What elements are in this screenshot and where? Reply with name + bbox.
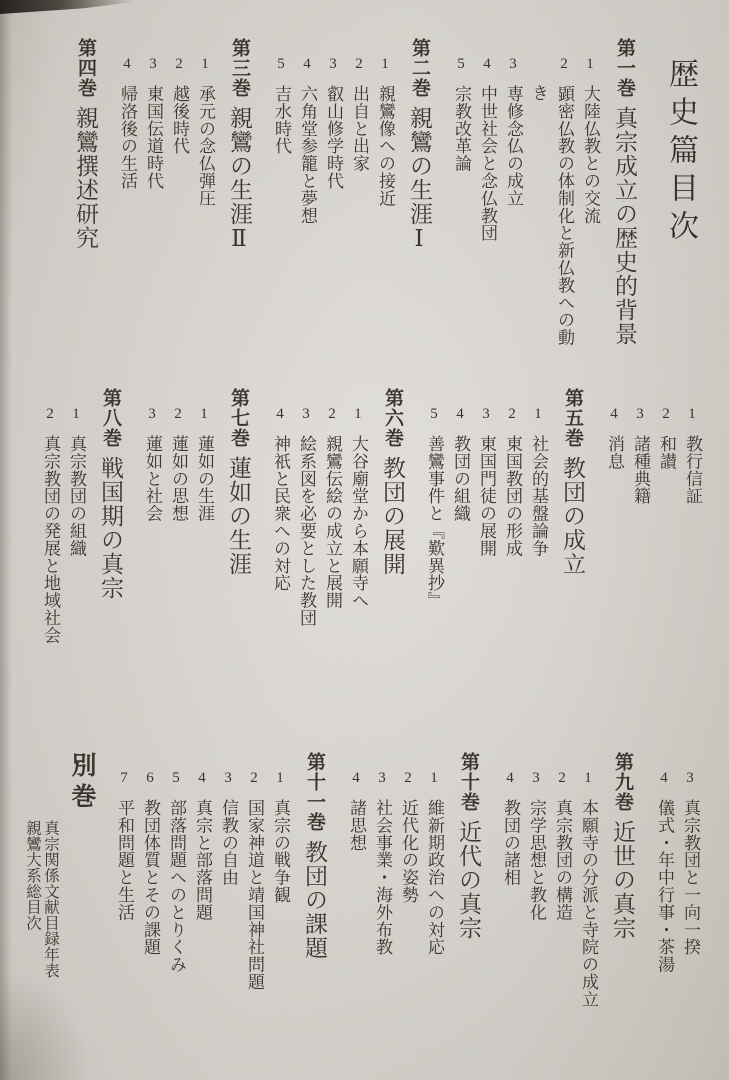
toc-item: 2顕密仏教の体制化と新仏教への動き [526, 56, 577, 353]
page-edge-shadow-top-left [0, 0, 150, 14]
volume-title: 近代の真宗 [456, 820, 481, 940]
toc-band-2: 1教行信証 2和讃 3諸種典籍 4消息 第五巻教団の成立 1社会的基盤論争 2東… [37, 388, 705, 740]
item-number: 2 [351, 56, 367, 72]
item-text: 教団の諸相 [501, 799, 520, 886]
volume-heading: 第四巻親鸞撰述研究 [68, 38, 102, 353]
item-text: 善鸞事件と『歎異抄』 [425, 435, 444, 609]
toc-item: 1本願寺の分派と寺院の成立 [575, 770, 601, 1078]
volume-label: 第五巻 [562, 388, 583, 448]
toc-item: 3叡山修学時代 [320, 56, 346, 353]
toc-band-3: 3真宗教団と一向一揆 4儀式・年中行事・茶湯 第九巻近世の真宗 1本願寺の分派と… [23, 752, 703, 1078]
item-number: 3 [478, 406, 494, 422]
item-number: 2 [554, 770, 570, 786]
item-text: 近代化の姿勢 [399, 799, 418, 903]
item-number: 3 [298, 406, 314, 422]
toc-item: 親鸞大系総目次 [23, 820, 41, 1078]
item-number: 5 [426, 406, 442, 422]
item-number: 2 [504, 406, 520, 422]
toc-item: 4儀式・年中行事・茶湯 [651, 770, 677, 1078]
toc-band-1: 歴史篇目次 第一巻真宗成立の歴史的背景 1大陸仏教との交流 2顕密仏教の体制化と… [64, 38, 701, 353]
toc-item: 2真宗教団の構造 [549, 770, 575, 1078]
toc-item: 1維新期政治への対応 [421, 770, 447, 1078]
volume-heading: 第六巻教団の展開 [375, 388, 409, 740]
toc-item: 2国家神道と靖国神社問題 [241, 770, 267, 1078]
item-text: 大陸仏教との交流 [581, 85, 600, 224]
volume-title: 真宗成立の歴史的背景 [612, 106, 637, 346]
item-number: 3 [144, 406, 160, 422]
toc-item: 1大陸仏教との交流 [577, 56, 603, 353]
item-text: 真宗の戦争観 [271, 799, 290, 903]
toc-item: 3東国伝道時代 [140, 56, 166, 353]
item-text: 叡山修学時代 [324, 85, 343, 189]
item-text: 東国門徒の展開 [477, 435, 496, 557]
toc-item: 3宗学思想と教化 [523, 770, 549, 1078]
toc-item: 1教行信証 [679, 406, 705, 740]
item-number: 7 [116, 770, 132, 786]
volume-label: 第七巻 [228, 388, 249, 448]
item-text: 真宗教団の組織 [67, 435, 86, 557]
item-text: 六角堂参籠と夢想 [298, 85, 317, 224]
item-text: 諸思想 [347, 799, 366, 851]
toc-item: 4諸思想 [343, 770, 369, 1078]
item-text: 蓮如の生涯 [195, 435, 214, 522]
item-number: 2 [400, 770, 416, 786]
toc-item: 2親鸞伝絵の成立と展開 [319, 406, 345, 740]
item-number: 1 [196, 406, 212, 422]
item-text: 部落問題へのとりくみ [167, 799, 186, 973]
item-text: 教団の組織 [451, 435, 470, 522]
item-text: 和讃 [657, 435, 676, 470]
toc-item: 1蓮如の生涯 [191, 406, 217, 740]
toc-item: 4教団の諸相 [497, 770, 523, 1078]
item-number: 3 [528, 770, 544, 786]
volume-label: 別巻 [68, 752, 95, 814]
item-number: 3 [374, 770, 390, 786]
volume-title: 教団の課題 [302, 840, 327, 960]
toc-item: 3諸種典籍 [627, 406, 653, 740]
item-number: 1 [350, 406, 366, 422]
item-number: 1 [684, 406, 700, 422]
toc-item: 4六角堂参籠と夢想 [294, 56, 320, 353]
item-text: 真宗関係文献目録年表 [42, 820, 59, 978]
toc-item: 3信教の自由 [215, 770, 241, 1078]
volume-label: 第一巻 [614, 38, 635, 98]
item-number: 4 [452, 406, 468, 422]
volume-heading: 別巻 [63, 752, 99, 1078]
item-number: 2 [246, 770, 262, 786]
item-number: 5 [168, 770, 184, 786]
item-number: 1 [197, 56, 213, 72]
toc-item: 真宗関係文献目録年表 [41, 820, 59, 1078]
page-edge-shadow-left [0, 0, 12, 1080]
volume-title: 教団の成立 [560, 456, 585, 576]
volume-title: 教団の展開 [380, 456, 405, 576]
toc-item: 4教団の組織 [447, 406, 473, 740]
volume-label: 第十一巻 [304, 752, 325, 832]
volume-label: 第三巻 [229, 38, 250, 98]
item-number: 4 [606, 406, 622, 422]
item-text: 出自と出家 [350, 85, 369, 172]
item-number: 4 [656, 770, 672, 786]
item-text: 国家神道と靖国神社問題 [245, 799, 264, 990]
item-number: 5 [453, 56, 469, 72]
item-number: 4 [272, 406, 288, 422]
item-number: 2 [171, 56, 187, 72]
volume-heading: 第七巻蓮如の生涯 [221, 388, 255, 740]
toc-item: 5部落問題へのとりくみ [163, 770, 189, 1078]
toc-item: 3絵系図を必要とした教団 [293, 406, 319, 740]
toc-item: 3真宗教団と一向一揆 [677, 770, 703, 1078]
item-text: 東国伝道時代 [144, 85, 163, 189]
toc-item: 2越後時代 [166, 56, 192, 353]
item-number: 1 [377, 56, 393, 72]
toc-item: 3蓮如と社会 [139, 406, 165, 740]
toc-item: 2和讃 [653, 406, 679, 740]
item-text: 教団体質とその課題 [141, 799, 160, 956]
item-text: 中世社会と念仏教団 [478, 85, 497, 242]
volume-heading: 第一巻真宗成立の歴史的背景 [607, 38, 641, 353]
item-text: 社会的基盤論争 [529, 435, 548, 557]
item-number: 3 [220, 770, 236, 786]
volume-heading: 第八巻戦国期の真宗 [93, 388, 127, 740]
toc-item: 1真宗教団の組織 [63, 406, 89, 740]
item-number: 1 [426, 770, 442, 786]
volume-heading: 第二巻親鸞の生涯Ⅰ [402, 38, 436, 353]
toc-item: 1親鸞像への接近 [372, 56, 398, 353]
item-text: 消息 [605, 435, 624, 470]
item-number: 3 [682, 770, 698, 786]
toc-item: 2東国教団の形成 [499, 406, 525, 740]
item-text: 親鸞像への接近 [376, 85, 395, 207]
item-text: 帰洛後の生活 [118, 85, 137, 189]
volume-title: 近世の真宗 [610, 820, 635, 940]
item-text: 教行信証 [683, 435, 702, 505]
item-number: 4 [194, 770, 210, 786]
item-text: 顕密仏教の体制化と新仏教への動き [529, 84, 574, 346]
toc-item: 1社会的基盤論争 [525, 406, 551, 740]
item-text: 真宗教団の構造 [553, 799, 572, 921]
toc-item: 2出自と出家 [346, 56, 372, 353]
volume-heading: 第十巻近代の真宗 [451, 752, 485, 1078]
page-title: 歴史篇目次 [659, 38, 701, 353]
volume-title: 親鸞の生涯Ⅱ [227, 106, 252, 253]
item-text: 宗学思想と教化 [527, 799, 546, 921]
item-text: 平和問題と生活 [115, 799, 134, 921]
volume-label: 第四巻 [75, 38, 96, 98]
item-text: 吉水時代 [272, 85, 291, 155]
volume-label: 第八巻 [100, 388, 121, 448]
item-number: 1 [530, 406, 546, 422]
toc-item: 6教団体質とその課題 [137, 770, 163, 1078]
item-text: 真宗教団と一向一揆 [681, 799, 700, 956]
item-number: 5 [273, 56, 289, 72]
item-number: 2 [556, 56, 572, 72]
item-number: 3 [632, 406, 648, 422]
item-number: 1 [582, 56, 598, 72]
item-text: 親鸞伝絵の成立と展開 [323, 435, 342, 609]
toc-item: 1真宗の戦争観 [267, 770, 293, 1078]
toc-item: 1承元の念仏弾圧 [192, 56, 218, 353]
toc-item: 4真宗と部落問題 [189, 770, 215, 1078]
item-text: 越後時代 [170, 85, 189, 155]
item-text: 儀式・年中行事・茶湯 [655, 799, 674, 973]
item-number: 1 [68, 406, 84, 422]
item-number: 2 [42, 406, 58, 422]
volume-label: 第九巻 [612, 752, 633, 812]
toc-item: 5善鸞事件と『歎異抄』 [421, 406, 447, 740]
volume-label: 第十巻 [458, 752, 479, 812]
item-text: 真宗教団の発展と地域社会 [41, 435, 60, 644]
toc-item: 4消息 [601, 406, 627, 740]
item-number: 4 [119, 56, 135, 72]
item-text: 社会事業・海外布教 [373, 799, 392, 956]
volume-heading: 第三巻親鸞の生涯Ⅱ [222, 38, 256, 353]
volume-heading: 第五巻教団の成立 [555, 388, 589, 740]
item-number: 3 [505, 56, 521, 72]
item-text: 絵系図を必要とした教団 [297, 435, 316, 626]
item-text: 維新期政治への対応 [425, 799, 444, 956]
toc-item: 3東国門徒の展開 [473, 406, 499, 740]
item-text: 信教の自由 [219, 799, 238, 886]
toc-item: 5宗教改革論 [448, 56, 474, 353]
item-text: 専修念仏の成立 [504, 85, 523, 207]
item-number: 4 [502, 770, 518, 786]
item-text: 諸種典籍 [631, 435, 650, 505]
scanned-page: 歴史篇目次 第一巻真宗成立の歴史的背景 1大陸仏教との交流 2顕密仏教の体制化と… [0, 0, 729, 1080]
volume-title: 親鸞の生涯Ⅰ [407, 106, 432, 253]
toc-item: 7平和問題と生活 [111, 770, 137, 1078]
item-number: 6 [142, 770, 158, 786]
toc-item: 4帰洛後の生活 [114, 56, 140, 353]
item-text: 蓮如と社会 [143, 435, 162, 522]
volume-label: 第二巻 [409, 38, 430, 98]
item-number: 4 [299, 56, 315, 72]
toc-item: 1大谷廟堂から本願寺へ [345, 406, 371, 740]
toc-item: 3社会事業・海外布教 [369, 770, 395, 1078]
item-text: 真宗と部落問題 [193, 799, 212, 921]
volume-heading: 第九巻近世の真宗 [605, 752, 639, 1078]
volume-title: 蓮如の生涯 [226, 456, 251, 576]
item-text: 承元の念仏弾圧 [196, 85, 215, 207]
item-number: 4 [348, 770, 364, 786]
toc-item: 3専修念仏の成立 [500, 56, 526, 353]
item-text: 神祇と民衆への対応 [271, 435, 290, 592]
item-text: 本願寺の分派と寺院の成立 [579, 799, 598, 1008]
item-number: 3 [325, 56, 341, 72]
volume-label: 第六巻 [382, 388, 403, 448]
item-text: 親鸞大系総目次 [24, 820, 41, 931]
item-number: 3 [145, 56, 161, 72]
toc-item: 2蓮如の思想 [165, 406, 191, 740]
volume-title: 親鸞撰述研究 [73, 106, 98, 250]
toc-item: 4中世社会と念仏教団 [474, 56, 500, 353]
item-text: 蓮如の思想 [169, 435, 188, 522]
item-number: 1 [272, 770, 288, 786]
toc-item: 2近代化の姿勢 [395, 770, 421, 1078]
volume-heading: 第十一巻教団の課題 [297, 752, 331, 1078]
toc-item: 4神祇と民衆への対応 [267, 406, 293, 740]
item-number: 1 [580, 770, 596, 786]
item-text: 大谷廟堂から本願寺へ [349, 435, 368, 609]
volume-title: 戦国期の真宗 [98, 456, 123, 600]
item-number: 4 [479, 56, 495, 72]
item-number: 2 [324, 406, 340, 422]
toc-item: 2真宗教団の発展と地域社会 [37, 406, 63, 740]
item-number: 2 [170, 406, 186, 422]
toc-item: 5吉水時代 [268, 56, 294, 353]
item-text: 宗教改革論 [452, 85, 471, 172]
item-number: 2 [658, 406, 674, 422]
item-text: 東国教団の形成 [503, 435, 522, 557]
